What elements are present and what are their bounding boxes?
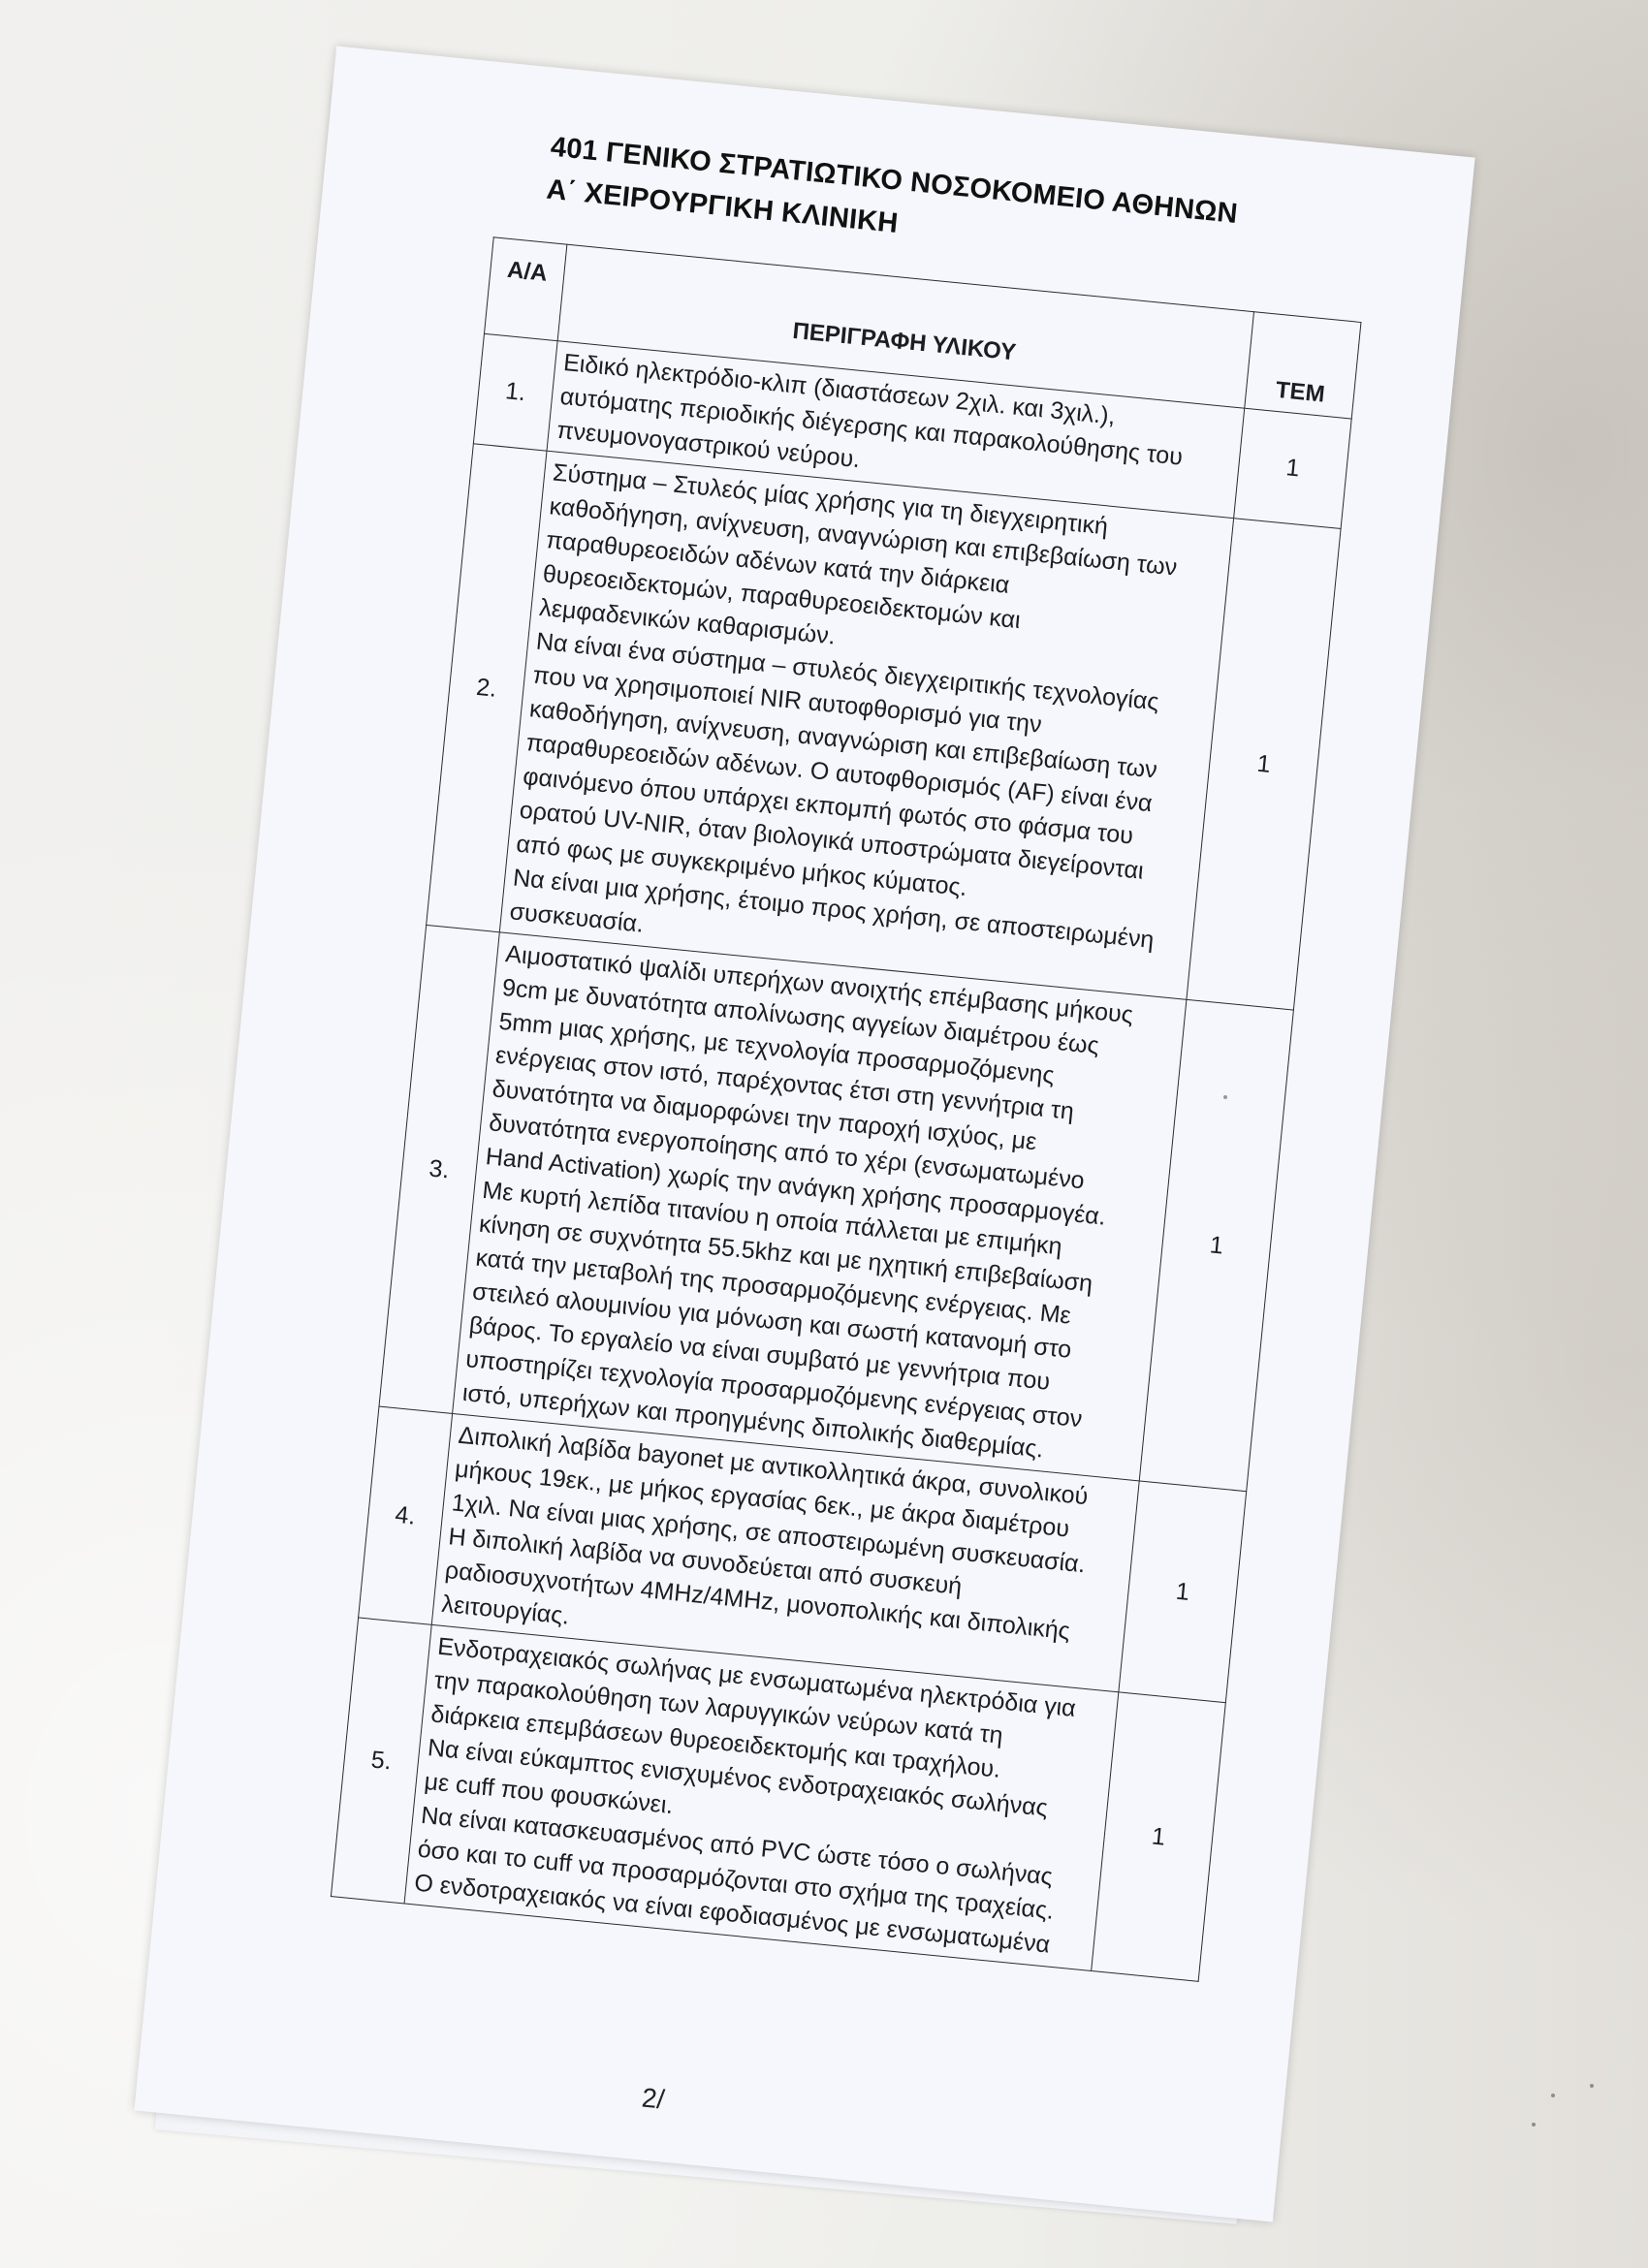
column-header-quantity: ΤΕΜ: [1245, 312, 1361, 419]
page-number: 2/: [641, 2082, 666, 2115]
scan-speck: [1551, 2094, 1555, 2097]
scan-speck: [1590, 2084, 1594, 2088]
row-description: Αιμοστατικό ψαλίδι υπερήχων ανοιχτής επέ…: [452, 932, 1187, 1481]
table-body: 1.Ειδικό ηλεκτρόδιο-κλιπ (διαστάσεων 2χι…: [331, 333, 1351, 1981]
scan-speck: [1223, 1095, 1227, 1099]
document-page: 401 ΓΕΝΙΚΟ ΣΤΡΑΤΙΩΤΙΚΟ ΝΟΣΟΚΟΜΕΙΟ ΑΘΗΝΩΝ…: [134, 47, 1474, 2222]
column-header-index: Α/Α: [484, 237, 566, 341]
table-row: 2.Σύστημα – Στυλεός μίας χρήσης για τη δ…: [427, 444, 1341, 1010]
scan-speck: [1532, 2123, 1536, 2126]
row-index: 1.: [473, 333, 557, 451]
row-description: Σύστημα – Στυλεός μίας χρήσης για τη διε…: [499, 451, 1234, 999]
row-quantity: 1: [1234, 408, 1351, 528]
row-quantity: 1: [1119, 1481, 1247, 1703]
table-row: 3.Αιμοστατικό ψαλίδι υπερήχων ανοιχτής ε…: [379, 925, 1293, 1491]
materials-table: Α/Α ΠΕΡΙΓΡΑΦΗ ΥΛΙΚΟΥ ΤΕΜ 1.Ειδικό ηλεκτρ…: [331, 236, 1362, 1982]
